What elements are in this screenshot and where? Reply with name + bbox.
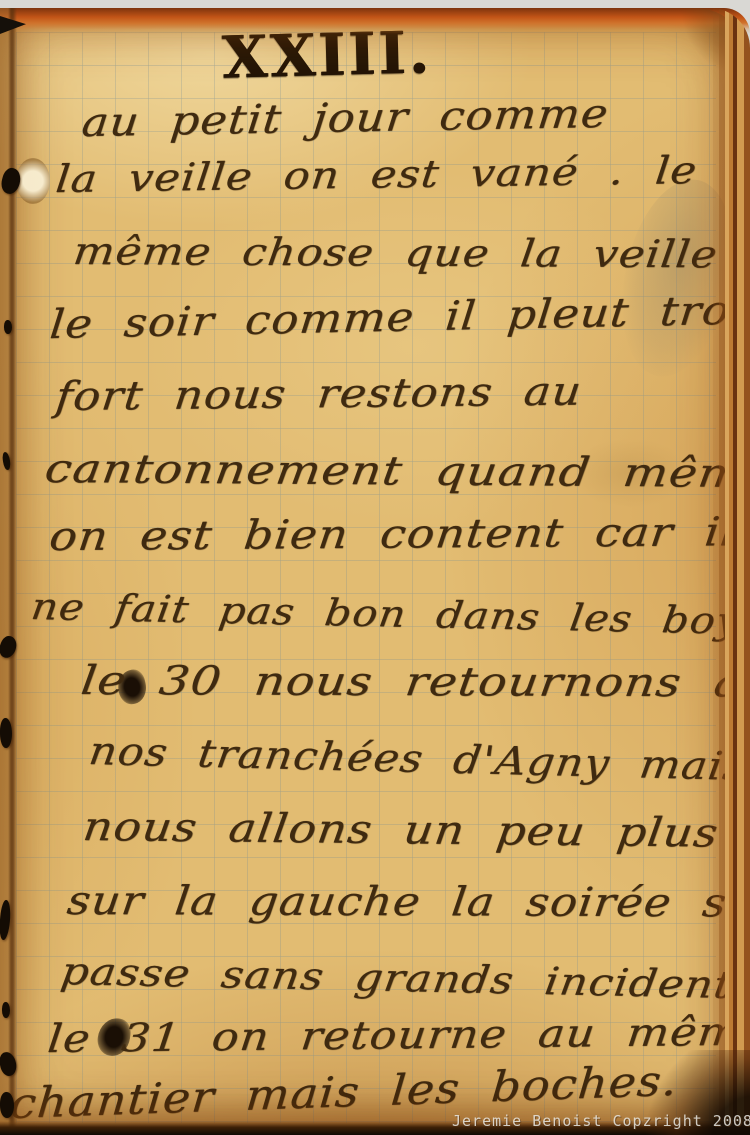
scanned-notebook-page: XXIII. au petit jour comme la veille on …: [0, 0, 750, 1135]
handwritten-line: cantonnement quand même: [42, 448, 750, 495]
stitch-mark: [2, 1002, 10, 1018]
copyright-watermark: Jeremie Benoist Copzright 2008: [452, 1112, 750, 1130]
page-top-red-edge: [0, 8, 750, 34]
stitch-mark: [0, 718, 12, 748]
handwritten-line: nous allons un peu plus: [81, 806, 721, 855]
handwritten-line: fort nous restons au: [53, 370, 584, 418]
binding-hole: [16, 158, 50, 204]
handwritten-line: on est bien content car il: [47, 511, 738, 558]
handwritten-line: le 30 nous retournons à: [79, 660, 747, 704]
handwritten-line: la veille on est vané . le 29: [54, 150, 750, 200]
page-right-edge-stack: [710, 8, 750, 1135]
stitch-mark: [0, 1092, 14, 1118]
handwritten-line: même chose que la veille mais: [71, 232, 750, 276]
stitch-mark: [4, 320, 12, 334]
handwritten-line: sur la gauche la soirée se: [65, 880, 750, 924]
handwritten-line: au petit jour comme: [80, 93, 611, 144]
notebook-paper: XXIII. au petit jour comme la veille on …: [0, 8, 750, 1135]
